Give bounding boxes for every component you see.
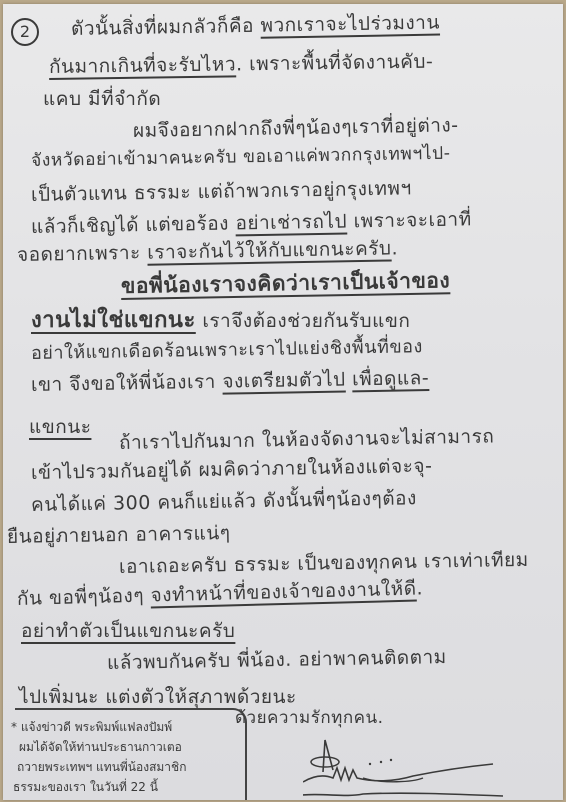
line-text: เอาเถอะครับ ธรรมะ เป็นของทุกคน เราเท่าเท… bbox=[119, 549, 529, 578]
letter-line: อย่าทำตัวเป็นแขกนะครับ bbox=[21, 616, 235, 646]
line-text: แล้วพบกันครับ พี่น้อง. อย่าพาคนติดตาม bbox=[107, 646, 447, 674]
underlined-text: กันมากเกินที่จะรับไหว bbox=[49, 53, 236, 78]
underlined-text: จงทำหน้าที่ของเจ้าของงานให้ดี bbox=[150, 578, 417, 607]
line-text: ถ้าเราไปกันมาก ในห้องจัดงานจะไม่สามารถ bbox=[119, 425, 495, 454]
line-text: เราจึงต้องช่วยกันรับแขก bbox=[196, 310, 411, 332]
line-text: ตัวนั้นสิ่งที่ผมกลัวก็คือ bbox=[71, 15, 261, 40]
letter-line: กัน ขอพี่ๆน้องๆ จงทำหน้าที่ของเจ้าของงาน… bbox=[17, 573, 424, 614]
signature-icon bbox=[303, 732, 533, 800]
line-text: เพราะจะเอาที่ bbox=[347, 208, 472, 232]
underlined-text: เพื่อดูแล- bbox=[352, 367, 429, 390]
underlined-text: อย่าเช่ารถไป bbox=[235, 210, 347, 234]
underlined-text: จงเตรียมตัวไป bbox=[222, 369, 346, 393]
line-text: ยืนอยู่ภายนอก อาคารแน่ๆ bbox=[7, 522, 231, 548]
closing-text: ด้วยความรักทุกคน. bbox=[235, 704, 384, 731]
underlined-text: ไปเพิ่มนะ bbox=[19, 686, 99, 708]
letter-line: คนได้แค่ 300 คนก็แย่แล้ว ดังนั้นพี่ๆน้อง… bbox=[31, 483, 417, 520]
line-text: . เพราะพื้นที่จัดงานคับ- bbox=[236, 51, 434, 76]
letter-line: แคบ มีที่จำกัด bbox=[43, 84, 161, 114]
line-text: จอดยากเพราะ bbox=[17, 242, 148, 266]
note-line: ผมได้จัดให้ท่านประธานกาวเตอ bbox=[19, 738, 182, 757]
line-text: แล้วก็เชิญได้ แต่ขอร้อง bbox=[31, 212, 236, 238]
note-line: * แจ้งข่าวดี พระพิมพ์แฟลงปัมพ์ bbox=[11, 718, 172, 737]
letter-line: กันมากเกินที่จะรับไหว. เพราะพื้นที่จัดงา… bbox=[49, 47, 434, 82]
line-text: อย่าให้แขกเดือดร้อนเพราะเราไปแย่งชิงพื้น… bbox=[31, 336, 423, 364]
note-line: ธรรมะของเรา ในวันที่ 22 นี้ bbox=[13, 778, 158, 797]
line-text: เข้าไปรวมกันอยู่ได้ ผมคิดว่าภายในห้องแต่… bbox=[31, 455, 433, 484]
letter-line: แขกนะ bbox=[29, 412, 91, 442]
line-text: . bbox=[416, 577, 423, 599]
letter-line: แล้วพบกันครับ พี่น้อง. อย่าพาคนติดตาม bbox=[107, 642, 447, 678]
page-number-circle: 2 bbox=[11, 18, 39, 46]
letter-line: ขอพี่น้องเราจงคิดว่าเราเป็นเจ้าของ bbox=[121, 264, 451, 303]
letter-line: ยืนอยู่ภายนอก อาคารแน่ๆ bbox=[7, 518, 231, 552]
underlined-text: อย่าทำตัวเป็นแขกนะครับ bbox=[21, 620, 235, 642]
letter-line: เข้าไปรวมกันอยู่ได้ ผมคิดว่าภายในห้องแต่… bbox=[31, 451, 433, 488]
underlined-text: พวกเราจะไปร่วมงาน bbox=[260, 12, 440, 37]
underlined-text: แขกนะ bbox=[29, 416, 91, 438]
underlined-text: เราจะกันไว้ให้กับแขกนะครับ bbox=[147, 237, 392, 263]
letter-line: เป็นตัวแทน ธรรมะ แต่ถ้าพวกเราอยู่กรุงเทพ… bbox=[31, 173, 412, 210]
note-line: ถวายพระเทพฯ แทนพี่น้องสมาชิก bbox=[17, 758, 186, 777]
line-text: จังหวัดอย่าเข้ามาคนะครับ ขอเอาแค่พวกกรุง… bbox=[31, 144, 451, 171]
line-text: กัน ขอพี่ๆน้องๆ bbox=[17, 585, 151, 610]
handwritten-letter-page: 2 ตัวนั้นสิ่งที่ผมกลัวก็คือ พวกเราจะไปร่… bbox=[3, 4, 563, 800]
line-text: คนได้แค่ 300 คนก็แย่แล้ว ดังนั้นพี่ๆน้อง… bbox=[31, 487, 417, 516]
letter-line: เขา จึงขอให้พี่น้องเรา จงเตรียมตัวไป เพื… bbox=[31, 363, 430, 400]
underlined-text: งานไม่ใช่แขกนะ bbox=[31, 308, 196, 333]
underlined-text: ขอพี่น้องเราจงคิดว่าเราเป็นเจ้าของ bbox=[121, 268, 451, 298]
letter-line: ตัวนั้นสิ่งที่ผมกลัวก็คือ พวกเราจะไปร่วม… bbox=[71, 8, 440, 44]
letter-line: จังหวัดอย่าเข้ามาคนะครับ ขอเอาแค่พวกกรุง… bbox=[31, 139, 451, 174]
line-text: ผมจึงอยากฝากถึงพี่ๆน้องๆเราที่อยู่ต่าง- bbox=[133, 114, 459, 142]
line-text: เป็นตัวแทน ธรรมะ แต่ถ้าพวกเราอยู่กรุงเทพ… bbox=[31, 177, 412, 206]
letter-line: อย่าให้แขกเดือดร้อนเพราะเราไปแย่งชิงพื้น… bbox=[31, 331, 423, 367]
line-text: แคบ มีที่จำกัด bbox=[43, 88, 161, 110]
line-text: เขา จึงขอให้พี่น้องเรา bbox=[31, 371, 223, 396]
letter-line: จอดยากเพราะ เราจะกันไว้ให้กับแขกนะครับ. bbox=[17, 233, 399, 270]
line-text: . bbox=[391, 237, 398, 259]
